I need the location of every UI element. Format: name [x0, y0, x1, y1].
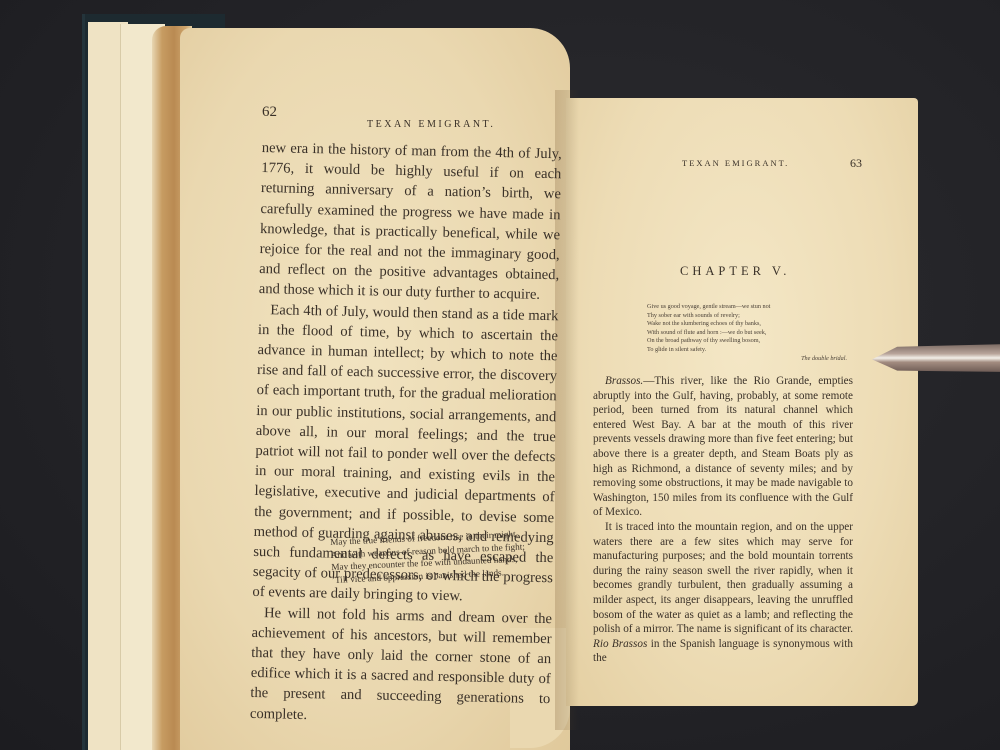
verse: May the true friends of freedom rise in …: [330, 526, 562, 586]
page-number-left: 62: [262, 104, 277, 121]
paragraph-text: It is traced into the mountain region, a…: [593, 521, 853, 635]
running-head-left: TEXAN EMIGRANT.: [367, 119, 495, 130]
left-page-body: new era in the history of man from the 4…: [250, 138, 562, 730]
epigraph-line: Wake not the slumbering echoes of thy ba…: [647, 320, 847, 329]
epigraph-line: Give us good voyage, gentle stream—we st…: [647, 303, 847, 312]
paragraph: Brassos.—This river, like the Rio Grande…: [593, 374, 853, 520]
italic-term: Brassos.: [605, 375, 643, 387]
paragraph: He will not fold his arms and dream over…: [250, 603, 552, 730]
paragraph-text: —This river, like the Rio Grande, emptie…: [593, 375, 853, 518]
epigraph-line: On the broad pathway of thy swelling bos…: [647, 337, 847, 346]
paragraph: It is traced into the mountain region, a…: [593, 520, 853, 666]
epigraph-line: Thy sober ear with sounds of revelry;: [647, 312, 847, 321]
epigraph-line: To glide in silent safety.: [647, 346, 847, 355]
page-number-right: 63: [850, 156, 862, 171]
right-page-body: Brassos.—This river, like the Rio Grande…: [593, 374, 853, 666]
epigraph-attribution: The double bridal.: [647, 355, 847, 364]
running-head-right: TEXAN EMIGRANT.: [682, 158, 789, 168]
epigraph-line: With sound of flute and horn :—we do but…: [647, 329, 847, 338]
chapter-title: CHAPTER V.: [680, 264, 790, 279]
italic-term: Rio Brassos: [593, 638, 647, 650]
paragraph: new era in the history of man from the 4…: [259, 138, 562, 306]
epigraph: Give us good voyage, gentle stream—we st…: [647, 303, 847, 363]
